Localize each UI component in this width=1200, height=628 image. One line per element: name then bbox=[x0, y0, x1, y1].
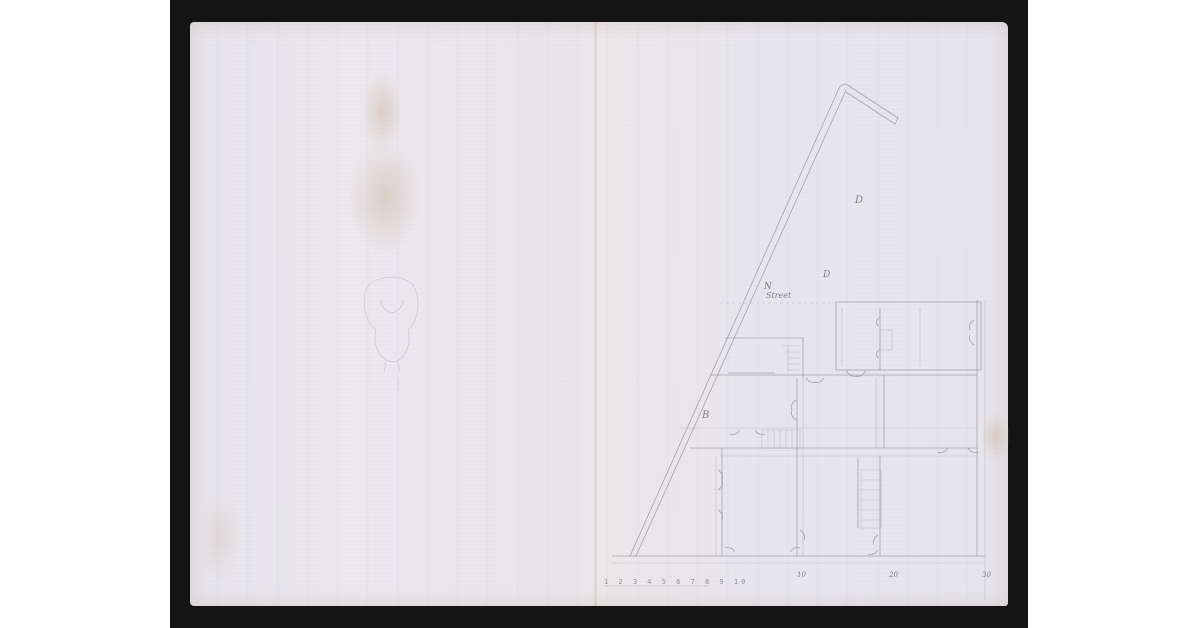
stair-small bbox=[782, 346, 800, 372]
scale-bar-ticks: 1 2 3 4 5 6 7 8 9 10 bbox=[604, 578, 748, 586]
middle-walls bbox=[680, 375, 977, 456]
upper-left-room bbox=[725, 338, 803, 378]
room-b-label: B bbox=[702, 410, 709, 421]
dimension-10: 10 bbox=[797, 571, 806, 579]
room-d-label: D bbox=[823, 270, 830, 280]
door-swings bbox=[718, 318, 978, 555]
room-d-upper-label: D bbox=[855, 195, 863, 206]
stair-right bbox=[861, 470, 881, 528]
floor-plan-drawing bbox=[0, 0, 1200, 628]
street-label: Street bbox=[766, 291, 791, 300]
dimension-30: 30 bbox=[982, 571, 991, 579]
plan-outer-walls bbox=[612, 300, 985, 600]
vase-sketch bbox=[364, 278, 418, 393]
vertical-walls bbox=[716, 375, 884, 556]
dimension-20: 20 bbox=[889, 571, 898, 579]
stair-central bbox=[762, 430, 800, 448]
upper-right-wing bbox=[836, 302, 981, 370]
